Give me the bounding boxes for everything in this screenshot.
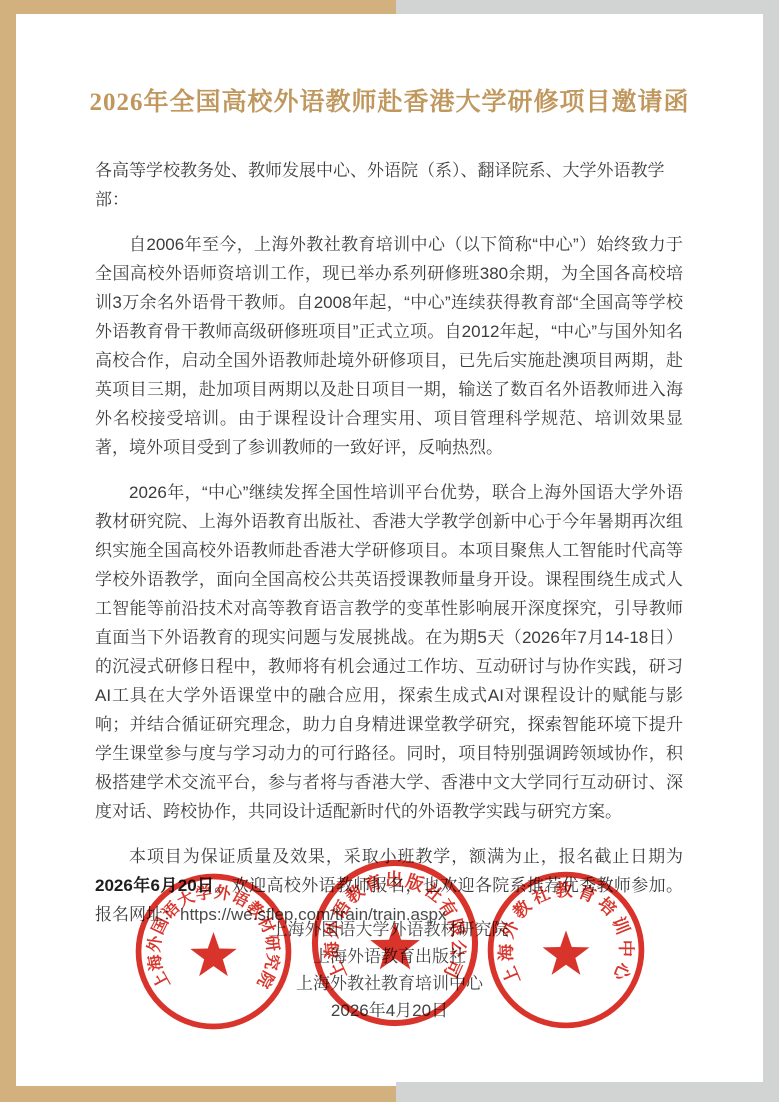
star-icon [370, 922, 420, 969]
page-title: 2026年全国高校外语教师赴香港大学研修项目邀请函 [0, 0, 779, 118]
star-icon [190, 932, 237, 976]
star-icon [543, 930, 590, 975]
letter-body: 各高等学校教务处、教师发展中心、外语院（系）、翻译院系、大学外语教学部： 自20… [95, 142, 683, 929]
page-border-bottom-tan [0, 1086, 396, 1102]
page-border-top-tan [0, 0, 396, 14]
seal-training-center: 上海外教社教育培训中心 [484, 868, 648, 1032]
page-border-bottom-gray [396, 1082, 779, 1102]
paragraph-history: 自2006年至今，上海外教社教育培训中心（以下简称“中心”）始终致力于全国高校外… [95, 230, 683, 462]
seal-press-company: 上海外语教育出版社有限公司 [308, 856, 482, 1030]
paragraph-program: 2026年，“中心”继续发挥全国性培训平台优势，联合上海外国语大学外语教材研究院… [95, 478, 683, 826]
seal-research-institute: 上海外国语大学外语教材研究院 [132, 870, 295, 1033]
salutation: 各高等学校教务处、教师发展中心、外语院（系）、翻译院系、大学外语教学部： [95, 156, 683, 214]
page-border-top-gray [396, 0, 779, 14]
invitation-letter-page: 2026年全国高校外语教师赴香港大学研修项目邀请函 各高等学校教务处、教师发展中… [0, 0, 779, 1102]
